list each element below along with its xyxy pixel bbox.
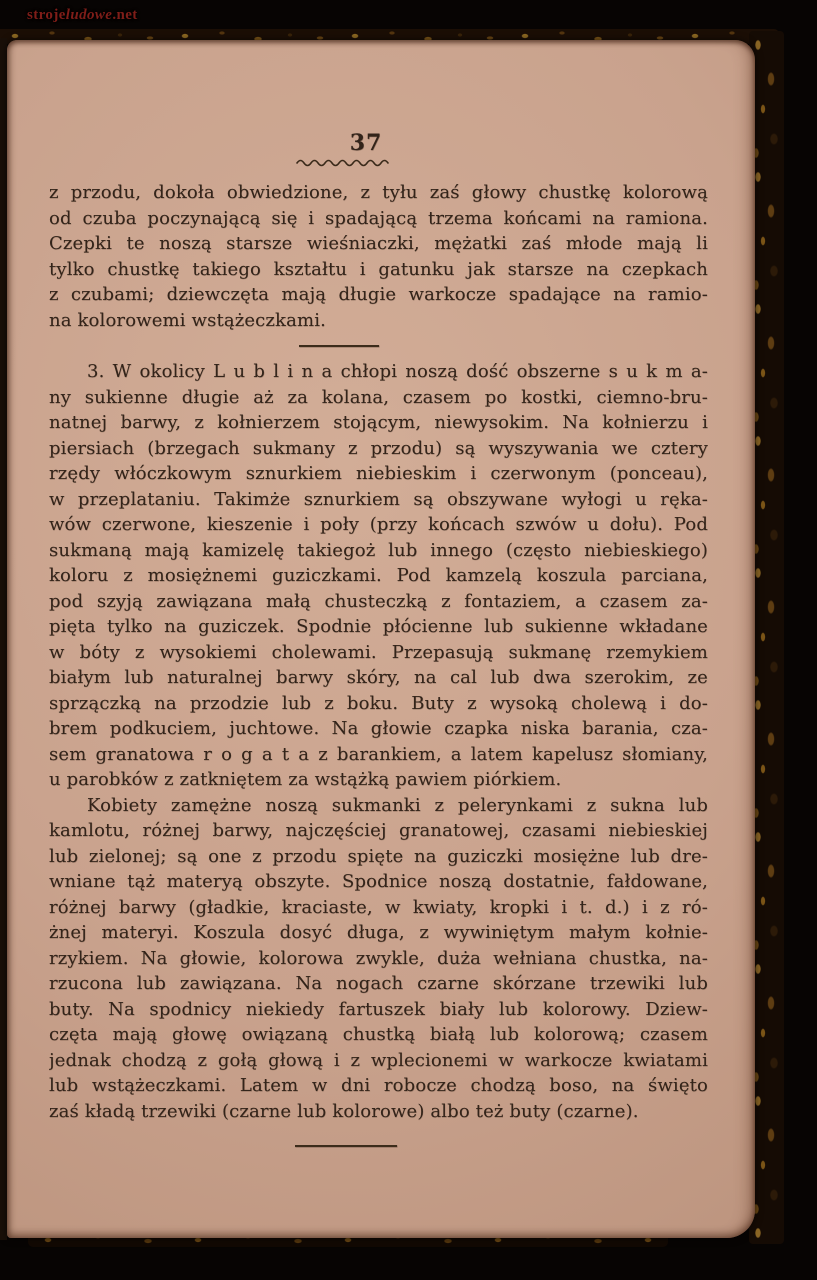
text-line: Czepki te noszą starsze wieśniaczki, męż… — [49, 231, 708, 257]
text-line: buty. Na spodnicy niekiedy fartuszek bia… — [49, 997, 708, 1023]
wavy-underline-icon — [295, 157, 393, 167]
divider-rule — [299, 345, 379, 347]
text-line: koloru z mosiężnemi guziczkami. Pod kamz… — [49, 563, 708, 589]
book-page: 37 z przodu, dokoła obwiedzione, z tyłu … — [7, 40, 755, 1238]
text-line: częta mają głowę owiązaną chustką białą … — [49, 1022, 708, 1048]
text-line: kamlotu, różnej barwy, najczęściej grana… — [49, 818, 708, 844]
text-line: rzykiem. Na głowie, kolorowa zwykle, duż… — [49, 946, 708, 972]
page-number: 37 — [37, 130, 695, 156]
watermark: strojeludowe.net — [27, 7, 138, 24]
watermark-suffix: .net — [112, 7, 137, 23]
paragraph: Kobiety zamężne noszą sukmanki z peleryn… — [49, 793, 708, 1125]
text-line: brem podkuciem, juchtowe. Na głowie czap… — [49, 716, 708, 742]
text-line: Kobiety zamężne noszą sukmanki z peleryn… — [49, 793, 708, 819]
text-line: rzucona lub zawiązana. Na nogach czarne … — [49, 971, 708, 997]
text-line: piersiach (brzegach sukmany z przodu) są… — [49, 436, 708, 462]
text-line: z przodu, dokoła obwiedzione, z tyłu zaś… — [49, 180, 708, 206]
scanned-book-photo: strojeludowe.net 37 z przodu, dokoła obw… — [0, 0, 817, 1280]
page-text: z przodu, dokoła obwiedzione, z tyłu zaś… — [49, 180, 708, 1159]
divider-rule — [295, 1145, 397, 1147]
text-line: natnej barwy, z kołnierzem stojącym, nie… — [49, 410, 708, 436]
watermark-prefix: stroje — [27, 7, 66, 23]
text-line: wów czerwone, kieszenie i poły (przy koń… — [49, 512, 708, 538]
text-line: jednak chodzą z gołą głową i z wplecione… — [49, 1048, 708, 1074]
text-line: w przeplataniu. Takimże sznurkiem są obs… — [49, 487, 708, 513]
text-line: w bóty z wysokiemi cholewami. Przepasują… — [49, 640, 708, 666]
text-line: tylko chustkę takiego kształtu i gatunku… — [49, 257, 708, 283]
section-divider — [49, 333, 708, 359]
text-line: różnej barwy (gładkie, kraciaste, w kwia… — [49, 895, 708, 921]
text-line: lub wstążeczkami. Latem w dni robocze ch… — [49, 1073, 708, 1099]
text-line: sem granatowa r o g a t a z barankiem, a… — [49, 742, 708, 768]
text-line: sukmaną mają kamizelę takiegoż lub inneg… — [49, 538, 708, 564]
text-line: wniane tąż materyą obszyte. Spodnice nos… — [49, 869, 708, 895]
text-line: u parobków z zatkniętem za wstążką pawie… — [49, 767, 708, 793]
book-edge-left — [0, 38, 7, 1240]
page-header: 37 — [37, 130, 695, 167]
text-line: rzędy włóczkowym sznurkiem niebieskim i … — [49, 461, 708, 487]
section-divider — [49, 1133, 708, 1159]
watermark-middle: ludowe — [66, 7, 113, 23]
text-line: zaś kładą trzewiki (czarne lub kolorowe)… — [49, 1099, 708, 1125]
text-line: z czubami; dziewczęta mają długie warkoc… — [49, 282, 708, 308]
paragraph: 3. W okolicy L u b l i n a chłopi noszą … — [49, 359, 708, 793]
text-line: lub zielonej; są one z przodu spięte na … — [49, 844, 708, 870]
text-line: na kolorowemi wstążeczkami. — [49, 308, 708, 334]
text-line: od czuba poczynającą się i spadającą trz… — [49, 206, 708, 232]
paragraph: z przodu, dokoła obwiedzione, z tyłu zaś… — [49, 180, 708, 333]
text-line: ny sukienne długie aż za kolana, czasem … — [49, 385, 708, 411]
text-line: pod szyją zawiązana małą chusteczką z fo… — [49, 589, 708, 615]
text-line: pięta tylko na guziczek. Spodnie płócien… — [49, 614, 708, 640]
text-line: sprzączką na przodzie lub z boku. Buty z… — [49, 691, 708, 717]
text-line: białym lub naturalnej barwy skóry, na ca… — [49, 665, 708, 691]
text-line: żnej materyi. Koszula dosyć długa, z wyw… — [49, 920, 708, 946]
text-line: 3. W okolicy L u b l i n a chłopi noszą … — [49, 359, 708, 385]
